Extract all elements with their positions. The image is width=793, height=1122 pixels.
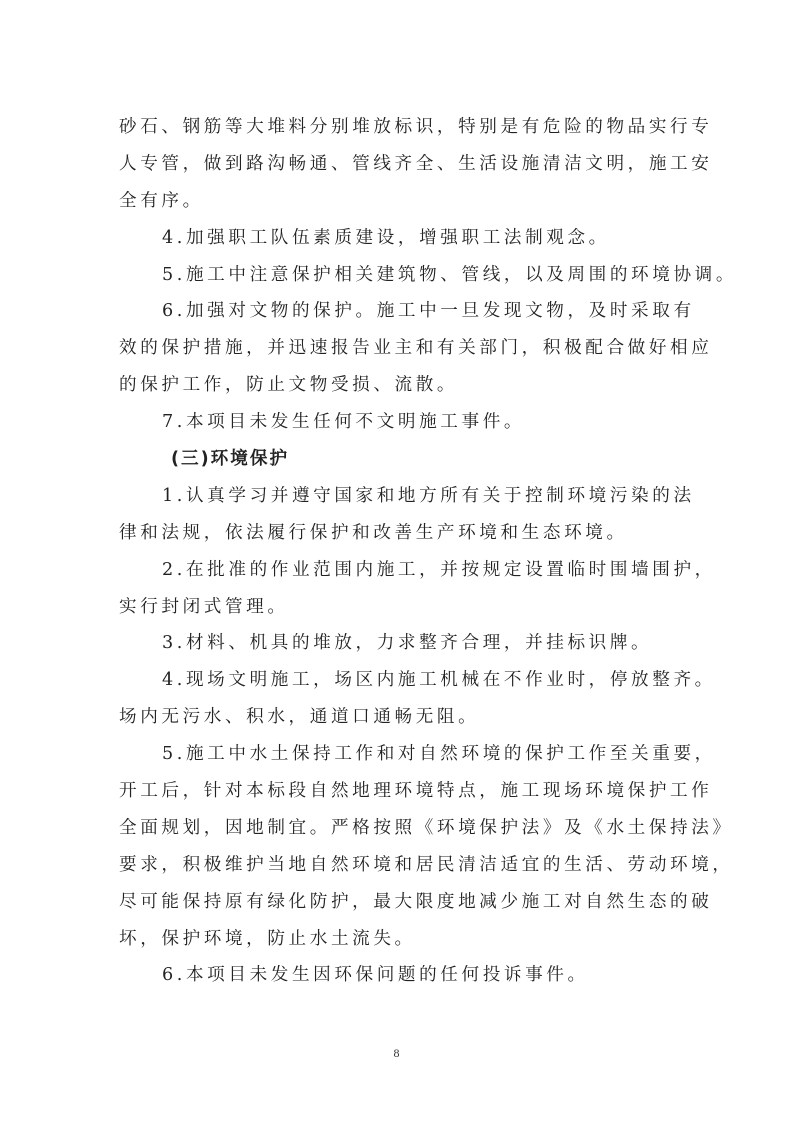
document-page: 砂石、钢筋等大堆料分别堆放标识，特别是有危险的物品实行专 人专管，做到路沟畅通、…: [0, 0, 793, 1122]
body-line: 开工后，针对本标段自然地理环境特点，施工现场环境保护工作: [119, 773, 709, 810]
list-item-1: 1.认真学习并遵守国家和地方所有关于控制环境污染的法: [119, 478, 709, 515]
body-line: 砂石、钢筋等大堆料分别堆放标识，特别是有危险的物品实行专: [119, 109, 709, 146]
body-line: 的保护工作，防止文物受损、流散。: [119, 367, 709, 404]
list-item-4: 4.现场文明施工，场区内施工机械在不作业时，停放整齐。: [119, 662, 709, 699]
page-body: 砂石、钢筋等大堆料分别堆放标识，特别是有危险的物品实行专 人专管，做到路沟畅通、…: [119, 109, 709, 994]
list-item-5: 5.施工中注意保护相关建筑物、管线，以及周围的环境协调。: [119, 257, 709, 294]
body-line: 场内无污水、积水，通道口通畅无阻。: [119, 699, 709, 736]
list-item-5: 5.施工中水土保持工作和对自然环境的保护工作至关重要，: [119, 736, 709, 773]
body-line: 全面规划，因地制宜。严格按照《环境保护法》及《水土保持法》: [119, 810, 709, 847]
list-item-7: 7.本项目未发生任何不文明施工事件。: [119, 404, 709, 441]
body-line: 实行封闭式管理。: [119, 589, 709, 626]
list-item-3: 3.材料、机具的堆放，力求整齐合理，并挂标识牌。: [119, 625, 709, 662]
body-line: 尽可能保持原有绿化防护，最大限度地减少施工对自然生态的破: [119, 884, 709, 921]
list-item-6: 6.本项目未发生因环保问题的任何投诉事件。: [119, 957, 709, 994]
list-item-6: 6.加强对文物的保护。施工中一旦发现文物，及时采取有: [119, 293, 709, 330]
body-line: 人专管，做到路沟畅通、管线齐全、生活设施清洁文明，施工安: [119, 146, 709, 183]
body-line: 效的保护措施，并迅速报告业主和有关部门，积极配合做好相应: [119, 330, 709, 367]
body-line: 坏，保护环境，防止水土流失。: [119, 921, 709, 958]
list-item-4: 4.加强职工队伍素质建设，增强职工法制观念。: [119, 220, 709, 257]
body-line: 全有序。: [119, 183, 709, 220]
list-item-2: 2.在批准的作业范围内施工，并按规定设置临时围墙围护，: [119, 552, 709, 589]
body-line: 律和法规，依法履行保护和改善生产环境和生态环境。: [119, 515, 709, 552]
body-line: 要求，积极维护当地自然环境和居民清洁适宜的生活、劳动环境，: [119, 847, 709, 884]
page-number: 8: [0, 1046, 793, 1061]
section-heading: (三)环境保护: [119, 441, 709, 478]
